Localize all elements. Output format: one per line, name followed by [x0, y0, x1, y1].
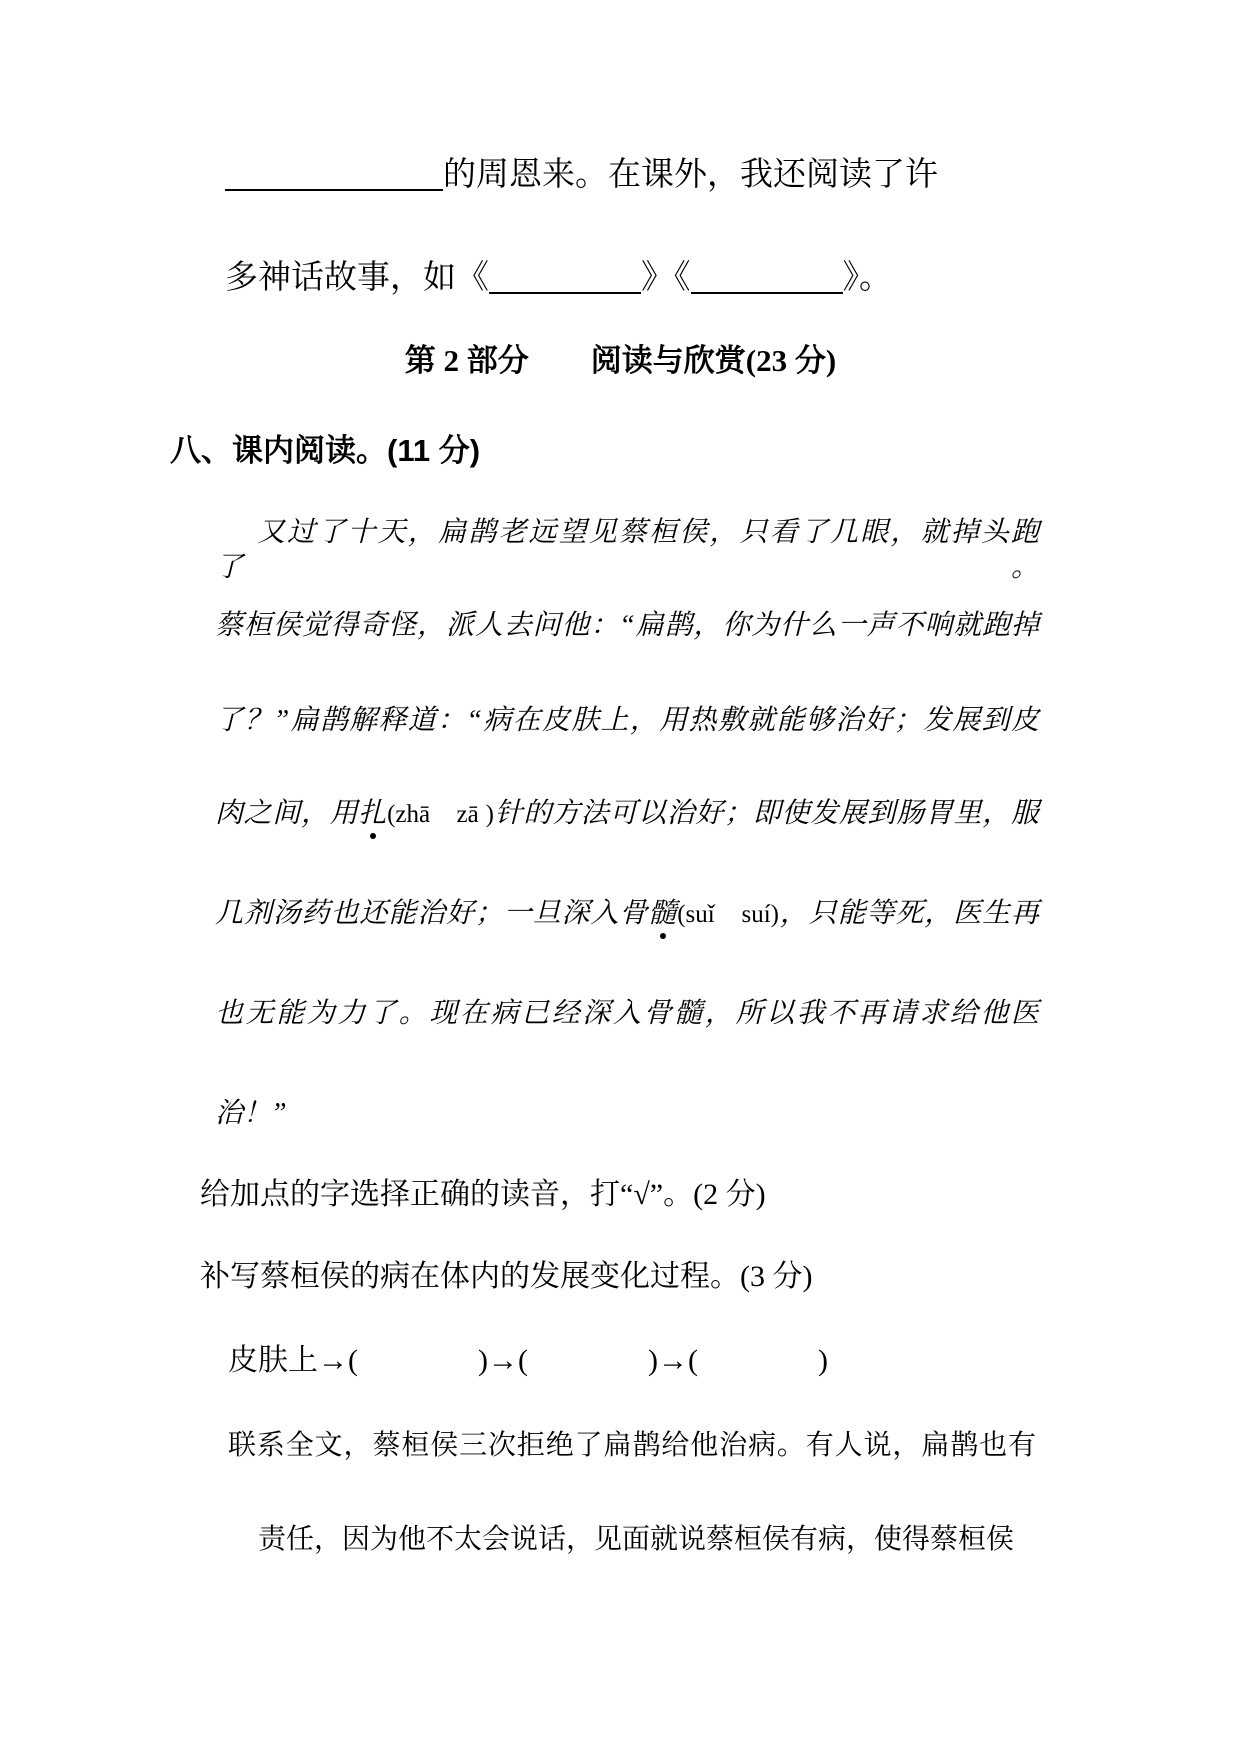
question-2-text: 补写蔡桓侯的病在体内的发展变化过程。(3 分)	[200, 1258, 812, 1296]
dotted-char-sui: 髓	[648, 898, 677, 929]
question-1-text: 给加点的字选择正确的读音，打“√”。(2 分)	[200, 1176, 766, 1214]
fill-in-blank-long[interactable]	[225, 156, 443, 191]
pinyin-choices-sui[interactable]: (suǐ suí)	[677, 901, 779, 928]
question-3-line-1: 联系全文，蔡桓侯三次拒绝了扁鹊给他治病。有人说，扁鹊也有	[228, 1428, 1036, 1463]
intro-line-1-text: 的周恩来。在课外，我还阅读了许	[443, 157, 938, 193]
book-title-blank-2[interactable]	[691, 259, 843, 294]
passage-line-5: 几剂汤药也还能治好；一旦深入骨髓(suǐ suí)，只能等死，医生再	[215, 896, 1039, 931]
arrow-right-icon-2: →	[488, 1344, 518, 1377]
intro-line-1: 的周恩来。在课外，我还阅读了许	[225, 155, 938, 196]
answer-blank-paren-1[interactable]: ( )	[348, 1344, 488, 1377]
intro-line-2-period: 。	[859, 260, 892, 296]
passage-line-2: 蔡桓侯觉得奇怪，派人去问他：“扁鹊，你为什么一声不响就跑掉	[215, 608, 1039, 643]
book-title-blank-1[interactable]	[489, 259, 641, 294]
section-2-header: 第 2 部分 阅读与欣赏(23 分)	[0, 335, 1241, 380]
question-3-line-2: 责任，因为他不太会说话，见面就说蔡桓侯有病，使得蔡桓侯	[258, 1522, 1014, 1557]
passage-line-3: 了？”扁鹊解释道：“病在皮肤上，用热敷就能够治好；发展到皮	[215, 703, 1039, 738]
passage-line-7: 治！”	[215, 1096, 1039, 1131]
passage-line-4: 肉之间，用扎(zhā zā )针的方法可以治好；即使发展到肠胃里，服	[215, 796, 1039, 831]
arrow-right-icon-1: →	[318, 1344, 348, 1377]
passage-line-6: 也无能为力了。现在病已经深入骨髓，所以我不再请求给他医	[215, 996, 1039, 1031]
answer-blank-paren-3[interactable]: ( )	[688, 1344, 828, 1377]
passage-line-1: 又过了十天，扁鹊老远望见蔡桓侯，只看了几眼，就掉头跑了。	[215, 515, 1039, 585]
pinyin-choices-zha[interactable]: (zhā zā )	[387, 801, 494, 828]
book-bracket-open-1: 《	[456, 260, 489, 296]
exam-page: 的周恩来。在课外，我还阅读了许 多神话故事，如《》《》。 第 2 部分 阅读与欣…	[0, 0, 1241, 1754]
intro-line-2-text: 多神话故事，如	[225, 260, 456, 296]
book-bracket-close-2: 》	[843, 260, 860, 296]
dotted-char-zha: 扎	[358, 798, 387, 829]
passage-text: ，只能等死，医生再	[779, 898, 1039, 929]
book-bracket-close-1: 》	[641, 260, 674, 296]
flow-start-label: 皮肤上	[228, 1344, 318, 1377]
arrow-right-icon-3: →	[658, 1344, 688, 1377]
book-bracket-open-2: 《	[674, 260, 691, 296]
passage-text: 几剂汤药也还能治好；一旦深入骨	[215, 898, 648, 929]
flow-answer-line: 皮肤上→( )→( )→( )	[228, 1342, 828, 1380]
passage-text: 肉之间，用	[215, 798, 358, 829]
passage-text: 针的方法可以治好；即使发展到肠胃里，服	[494, 798, 1039, 829]
question-8-heading: 八、课内阅读。(11 分)	[170, 425, 480, 470]
answer-blank-paren-2[interactable]: ( )	[518, 1344, 658, 1377]
intro-line-2: 多神话故事，如《》《》。	[225, 258, 892, 299]
